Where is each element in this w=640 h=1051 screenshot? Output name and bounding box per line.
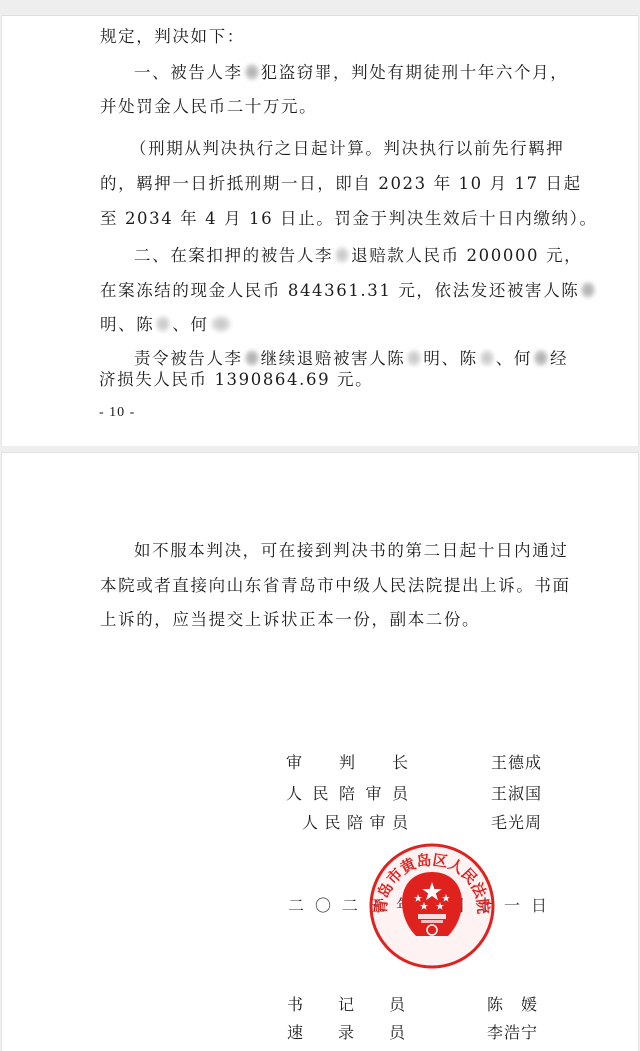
redacted-name xyxy=(210,315,232,333)
text-segment: 、何 xyxy=(172,315,208,334)
frozen-cash-line: 在案冻结的现金人民币 844361.31 元，依法发还被害人陈 xyxy=(100,281,597,301)
verdict-intro: 规定，判决如下： xyxy=(100,27,245,47)
text-segment: 、何 xyxy=(496,349,532,368)
signature-title: 速 录 员 xyxy=(287,1020,405,1043)
redacted-name xyxy=(155,315,171,333)
sentence-term-note: （刑期从判决执行之日起计算。判决执行以前先行羁押 xyxy=(130,139,564,159)
victims-line: 明、陈、何 xyxy=(100,315,233,335)
verdict-item-one: 一、被告人李犯盗窃罪，判处有期徒刑十年六个月， xyxy=(134,63,568,83)
text-segment: 犯盗窃罪，判处有期徒刑十年六个月， xyxy=(261,63,569,82)
signature-name: 王淑国 xyxy=(491,781,542,804)
redacted-name xyxy=(533,349,549,367)
text-segment: 经 xyxy=(550,349,568,368)
signature-title: 审 判 长 xyxy=(286,750,408,773)
text-segment: 明、陈 xyxy=(100,315,154,334)
redacted-name xyxy=(406,349,422,367)
redacted-name xyxy=(479,349,495,367)
restitution-order: 责令被告人李继续退赔被害人陈明、陈、何经 xyxy=(134,349,568,369)
page-number: - 10 - xyxy=(99,405,135,421)
text-segment: 二、在案扣押的被告人李 xyxy=(134,246,333,265)
signature-title: 人 民 陪 审 员 xyxy=(302,810,408,833)
redacted-name xyxy=(244,349,260,367)
redacted-name xyxy=(334,246,350,264)
economic-loss-line: 济损失人民币 1390864.69 元。 xyxy=(99,370,373,390)
text-segment: 在案冻结的现金人民币 844361.31 元，依法发还被害人陈 xyxy=(100,281,579,300)
text-segment: 退赔款人民币 200000 元， xyxy=(351,246,582,265)
signature-title: 人 民 陪 审 员 xyxy=(286,781,408,804)
signature-name: 陈 媛 xyxy=(487,992,538,1015)
court-seal: 青岛市黄岛区人民法院 xyxy=(368,842,496,970)
sentence-term-note-2: 的，羁押一日折抵刑期一日，即自 2023 年 10 月 17 日起 xyxy=(100,174,582,194)
appeal-notice-1: 如不服本判决，可在接到判决书的第二日起十日内通过 xyxy=(134,541,568,561)
signature-title: 书 记 员 xyxy=(287,992,405,1015)
verdict-item-two: 二、在案扣押的被告人李退赔款人民币 200000 元， xyxy=(134,246,582,266)
text-segment: 明、陈 xyxy=(423,349,477,368)
verdict-fine: 并处罚金人民币二十万元。 xyxy=(100,97,317,117)
signature-name: 王德成 xyxy=(491,750,542,773)
national-emblem-icon xyxy=(402,872,462,936)
text-segment: 继续退赔被害人陈 xyxy=(261,349,406,368)
appeal-notice-3: 上诉的，应当提交上诉状正本一份，副本二份。 xyxy=(100,610,480,630)
signature-name: 李浩宁 xyxy=(487,1020,538,1043)
redacted-name xyxy=(244,63,260,81)
appeal-notice-2: 本院或者直接向山东省青岛市中级人民法院提出上诉。书面 xyxy=(100,576,571,596)
redacted-name xyxy=(580,281,596,299)
text-segment: 责令被告人李 xyxy=(134,349,243,368)
signature-name: 毛光周 xyxy=(491,810,542,833)
sentence-term-note-3: 至 2034 年 4 月 16 日止。罚金于判决生效后十日内缴纳）。 xyxy=(100,209,598,229)
text-segment: 一、被告人李 xyxy=(134,63,243,82)
